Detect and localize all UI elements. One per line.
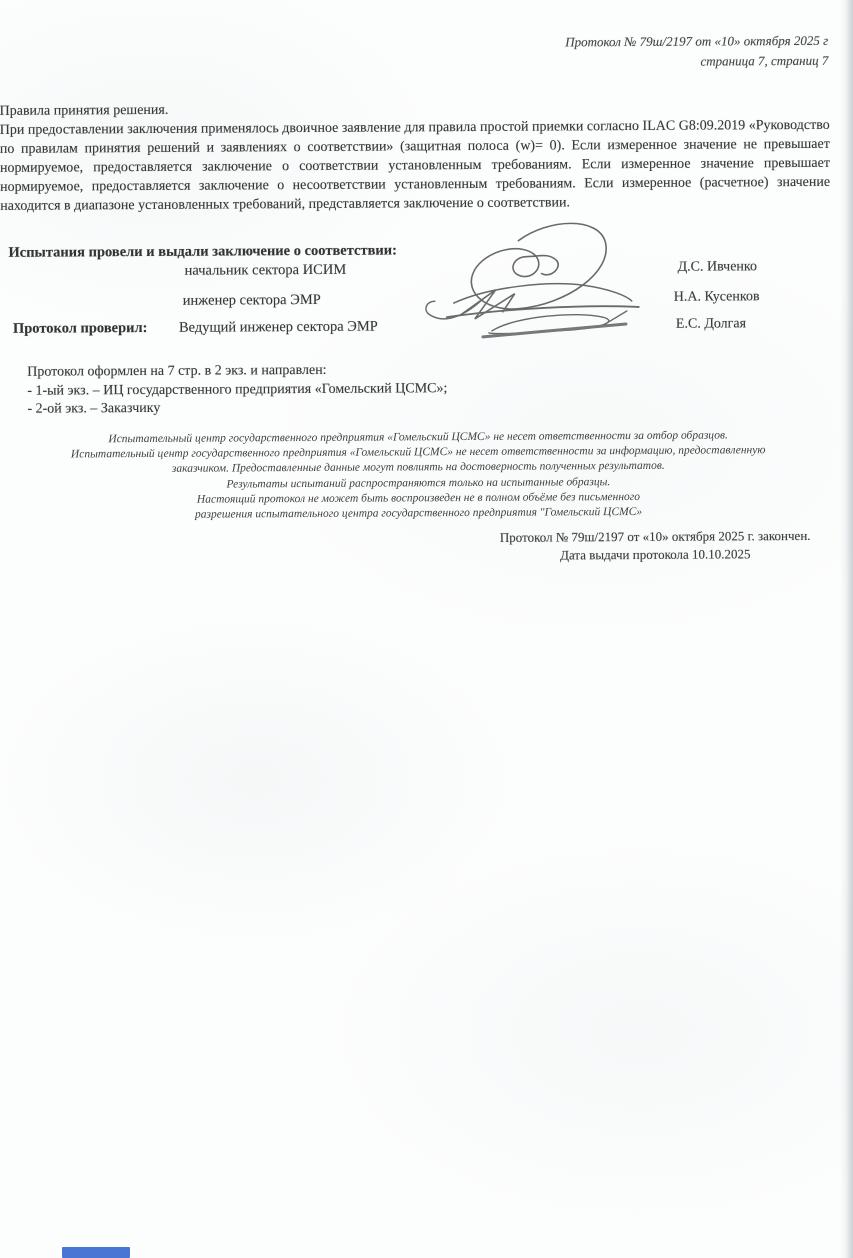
signature-scribble-bottom: [483, 311, 627, 337]
decision-rules-section: Правила принятия решения. При предоставл…: [0, 97, 830, 216]
protocol-finished-line: Протокол № 79ш/2197 от «10» октября 2025…: [462, 527, 848, 547]
protocol-checked-label: Протокол проверил:: [13, 320, 148, 338]
decision-rules-body: При предоставлении заключения применялос…: [0, 116, 830, 216]
signature-scribble-middle: [447, 283, 639, 319]
scanned-protocol-page: Протокол № 79ш/2197 от «10» октября 2025…: [0, 0, 853, 1258]
distribution-section: Протокол оформлен на 7 стр. в 2 экз. и н…: [27, 361, 447, 419]
scan-artifact-bar: [62, 1247, 130, 1258]
signer-name-2: Н.А. Кусенков: [674, 289, 760, 306]
signer-role-2: инженер сектора ЭМР: [183, 292, 321, 310]
closing-section: Протокол № 79ш/2197 от «10» октября 2025…: [462, 527, 848, 565]
signer-role-3: Ведущий инженер сектора ЭМР: [179, 319, 378, 337]
distribution-line-2: - 1-ый экз. – ИЦ государственного предпр…: [27, 380, 447, 401]
signer-name-1: Д.С. Ивченко: [678, 259, 758, 275]
handwritten-signatures: [398, 212, 659, 349]
scan-edge-shadow: [840, 0, 853, 1258]
header-page-number: страница 7, страниц 7: [565, 51, 828, 73]
header-protocol-number: Протокол № 79ш/2197 от «10» октября 2025…: [565, 31, 828, 53]
signer-name-3: Е.С. Долгая: [676, 316, 746, 332]
signer-role-1: начальник сектора ИСИМ: [185, 262, 347, 280]
distribution-line-3: - 2-ой экз. – Заказчику: [27, 398, 447, 419]
issue-date-line: Дата выдачи протокола 10.10.2025: [462, 545, 848, 565]
disclaimer-section: Испытательный центр государственного пре…: [10, 428, 828, 524]
signatures-heading: Испытания провели и выдали заключение о …: [8, 242, 397, 261]
signature-scribble-top: [425, 223, 606, 319]
page-header: Протокол № 79ш/2197 от «10» октября 2025…: [565, 31, 828, 73]
